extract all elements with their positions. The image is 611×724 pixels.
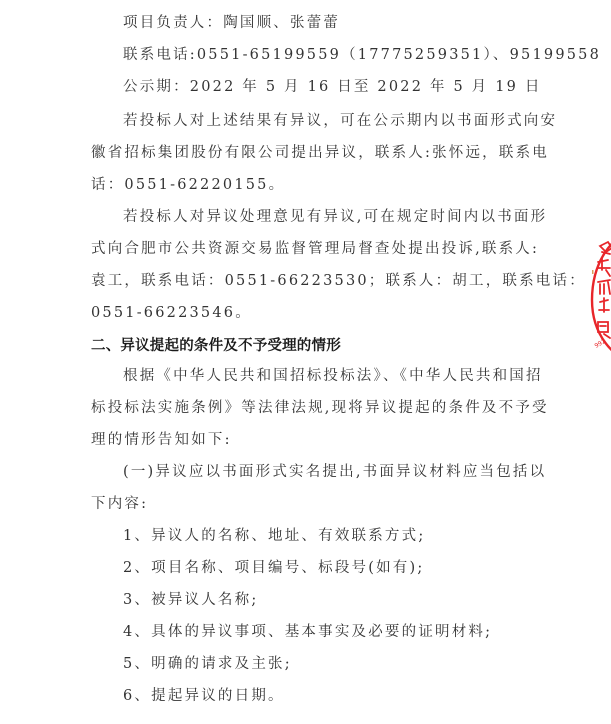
- section-2-intro-line-1: 根据《中华人民共和国招标投标法》、《中华人民共和国招: [123, 366, 543, 386]
- objection-paragraph-2-line-1: 若投标人对异议处理意见有异议,可在规定时间内以书面形: [123, 207, 547, 227]
- svg-text:992: 992: [594, 338, 608, 350]
- requirement-item-6: 6、提起异议的日期。: [123, 686, 285, 706]
- section-2-heading: 二、异议提起的条件及不予受理的情形: [91, 336, 341, 356]
- objection-paragraph-2-line-4: 0551-66223546。: [91, 303, 252, 323]
- objection-paragraph-1-line-3: 话：0551-62220155。: [91, 175, 285, 195]
- subsection-1-line-1: (一)异议应以书面形式实名提出,书面异议材料应当包括以: [123, 462, 546, 482]
- company-seal-stamp-icon: 992: [588, 222, 611, 372]
- objection-paragraph-1-line-1: 若投标人对上述结果有异议，可在公示期内以书面形式向安: [123, 111, 557, 131]
- requirement-item-3: 3、被异议人名称;: [123, 590, 258, 610]
- requirement-item-4: 4、具体的异议事项、基本事实及必要的证明材料;: [123, 622, 492, 642]
- project-lead-line: 项目负责人：陶国顺、张蕾蕾: [123, 13, 340, 33]
- requirement-item-1: 1、异议人的名称、地址、有效联系方式;: [123, 526, 425, 546]
- objection-paragraph-1-line-2: 徽省招标集团股份有限公司提出异议，联系人:张怀远，联系电: [91, 143, 549, 163]
- contact-phone-line: 联系电话:0551-65199559（17775259351）、95199558: [123, 45, 601, 65]
- section-2-intro-line-3: 理的情形告知如下:: [91, 430, 232, 450]
- subsection-1-line-2: 下内容:: [91, 494, 148, 514]
- objection-paragraph-2-line-2: 式向合肥市公共资源交易监督管理局督查处提出投诉,联系人:: [91, 239, 539, 259]
- objection-paragraph-2-line-3: 袁工，联系电话：0551-66223530；联系人：胡工，联系电话：: [91, 271, 586, 291]
- publicity-period-line: 公示期：2022 年 5 月 16 日至 2022 年 5 月 19 日: [123, 77, 542, 97]
- requirement-item-5: 5、明确的请求及主张;: [123, 654, 292, 674]
- requirement-item-2: 2、项目名称、项目编号、标段号(如有);: [123, 558, 424, 578]
- section-2-intro-line-2: 标投标法实施条例》等法律法规,现将异议提起的条件及不予受: [91, 398, 549, 418]
- document-page: 项目负责人：陶国顺、张蕾蕾 联系电话:0551-65199559（1777525…: [0, 0, 611, 724]
